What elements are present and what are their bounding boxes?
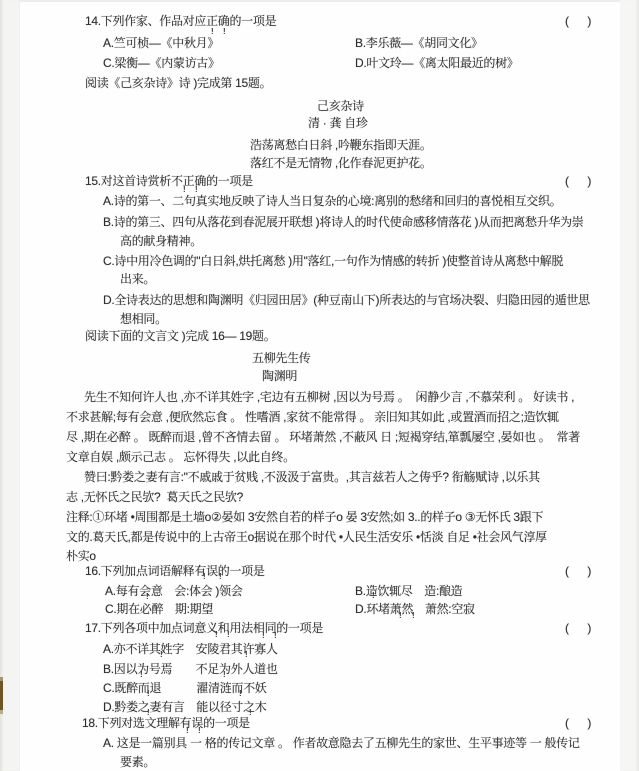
- emphasis-mark: !: [147, 690, 150, 698]
- essay-note-line2: 文的.葛天氏,都是传说中的上古帝王o据说在那个时代 •人民生活安乐 •恬淡 自足…: [66, 531, 547, 544]
- emphasis-mark: !: [186, 727, 189, 735]
- emphasis-mark: !: [198, 727, 201, 735]
- q17-stem: 17.下列各项中加点词意义和用法相同的一项是: [85, 622, 323, 635]
- essay-title: 五柳先生传: [252, 352, 311, 365]
- essay-para-line1: 先生不知何许人也 ,亦不详其姓字 ,宅边有五柳树 ,因以为号焉 。 闲静少言 ,…: [84, 391, 574, 404]
- q14-option-a: A.竺可桢—《中秋月》: [103, 37, 219, 50]
- q17-option-b: B.因以为号焉 不足为外人道也: [103, 663, 278, 676]
- q15-option-b-line1: B.诗的第三、四句从落花到春泥展开联想 )将诗人的时代使命感移情落花 )从而把离…: [103, 216, 584, 229]
- q17-answer-bracket: ( ): [565, 622, 592, 635]
- essay-para-line2: 不求甚解;每有会意 ,便欣然忘食 。 性嗜酒 ,家贫不能常得 。 亲旧知其如此 …: [66, 411, 559, 424]
- q16-option-d: D.环堵萧然 萧然:空寂: [355, 603, 475, 616]
- emphasis-mark: !: [211, 28, 214, 36]
- poem-line-2: 落红不是无情物 ,化作春泥更护花。: [250, 157, 432, 170]
- q16-option-a: A.每有会意 会:体会 )领会: [105, 585, 243, 598]
- q18-option-a-line1: A. 这是一篇别具 一 格的传记文章 。 作者故意隐去了五柳先生的家世、生平事迹…: [103, 737, 580, 750]
- emphasis-mark: !: [245, 651, 248, 659]
- q15-option-d-line2: 想相同。: [120, 313, 167, 326]
- q14-option-d: D.叶文玲—《离太阳最近的树》: [355, 57, 519, 70]
- q15-option-a: A.诗的第一、二句真实地反映了诗人当日复杂的心境:离别的愁绪和回归的喜悦相互交织…: [103, 195, 561, 208]
- emphasis-mark: !: [412, 612, 415, 620]
- emphasis-mark: !: [249, 709, 252, 717]
- q16-answer-bracket: ( ): [565, 565, 592, 578]
- scan-left-margin: [0, 0, 20, 771]
- essay-zan-line2: 志 ,无怀氏之民欤? 葛天氏之民欤?: [66, 491, 243, 504]
- emphasis-mark: !: [183, 186, 186, 194]
- emphasis-mark: !: [203, 573, 206, 581]
- scan-top-edge: [0, 0, 639, 2]
- emphasis-mark: !: [372, 592, 375, 600]
- q14-stem: 14.下列作家、作品对应正确的一项是: [85, 15, 276, 28]
- emphasis-mark: !: [195, 186, 198, 194]
- emphasis-mark: !: [219, 573, 222, 581]
- q17-option-a: A.亦不详其姓字 安陵君其许寡人: [103, 643, 278, 656]
- emphasis-mark: !: [140, 671, 143, 679]
- poem-author: 清 · 龚 自珍: [308, 117, 368, 130]
- emphasis-mark: !: [227, 631, 230, 639]
- essay-author: 陶渊明: [262, 370, 297, 383]
- q15-option-c-line2: 出来。: [120, 273, 155, 286]
- essay-zan-line1: 赞曰:黔娄之妻有言:"不戚戚于贫贱 ,不汲汲于富贵。,其言兹若人之俦乎? 衔觞赋…: [84, 471, 540, 484]
- q16-stem: 16.下列加点词语解释有误的一项是: [85, 565, 265, 578]
- essay-note-line1: 注释:①环堵 •周围都是土墙o②晏如 3安然自若的样子o 晏 3安然;如 3..…: [66, 511, 543, 524]
- emphasis-mark: !: [215, 631, 218, 639]
- q17-option-c: C.既醉而退 濯清涟而不妖: [103, 682, 267, 695]
- exam-paper-page: 14.下列作家、作品对应正确的一项是A.竺可桢—《中秋月》B.李乐薇—《胡同文化…: [0, 0, 639, 771]
- emphasis-mark: !: [160, 651, 163, 659]
- emphasis-mark: !: [147, 709, 150, 717]
- reading-prompt-15: 阅读《己亥杂诗》诗 )完成第 15题。: [85, 77, 271, 90]
- q15-option-b-line2: 高的献身精神。: [120, 235, 202, 248]
- q18-option-a-line2: 要素。: [120, 756, 155, 769]
- q14-option-c: C.梁衡—《内蒙访古》: [103, 57, 220, 70]
- emphasis-mark: !: [146, 593, 149, 601]
- q18-answer-bracket: ( ): [565, 717, 592, 730]
- scan-right-margin: [620, 0, 639, 771]
- emphasis-mark: !: [239, 690, 242, 698]
- scan-artifact: [0, 681, 3, 710]
- emphasis-mark: !: [223, 28, 226, 36]
- emphasis-mark: !: [223, 671, 226, 679]
- emphasis-mark: !: [262, 632, 265, 640]
- q16-option-c: C.期在必醉 期:期望: [105, 603, 213, 616]
- q15-stem: 15.对这首诗赏析不正确的一项是: [85, 175, 253, 188]
- essay-note-line3: 朴实o: [66, 550, 96, 563]
- q17-option-d: D.黔娄之妻有言 能以径寸之木: [103, 701, 267, 714]
- q14-option-b: B.李乐薇—《胡同文化》: [355, 37, 483, 50]
- emphasis-mark: !: [274, 632, 277, 640]
- poem-title: 己亥杂诗: [317, 100, 364, 113]
- q18-stem: 18.下列对选文理解有误的一项是: [82, 717, 250, 730]
- q15-option-c-line1: C.诗中用冷色调的"白日斜,烘托离愁 )用"落红,一句作为情感的转折 )使整首诗…: [103, 255, 563, 268]
- q15-answer-bracket: ( ): [565, 175, 592, 188]
- reading-prompt-16-19: 阅读下面的文言文 )完成 16— 19题。: [85, 330, 275, 343]
- emphasis-mark: !: [399, 612, 402, 620]
- q14-answer-bracket: ( ): [565, 15, 592, 28]
- essay-para-line4: 文章自娱 ,颇示己志 。 忘怀得失 ,以此自终。: [66, 451, 295, 464]
- essay-para-line3: 尽 ,期在必醉 。 既醉而退 ,曾不吝情去留 。 环堵萧然 ,不蔽风 日 ;短褐…: [66, 431, 580, 444]
- q15-option-d-line1: D.全诗表达的思想和陶渊明《归园田居》(种豆南山下)所表达的与官场决裂、归隐田园…: [103, 294, 590, 307]
- poem-line-1: 浩荡离愁白日斜 ,吟鞭东指即天涯。: [250, 139, 432, 152]
